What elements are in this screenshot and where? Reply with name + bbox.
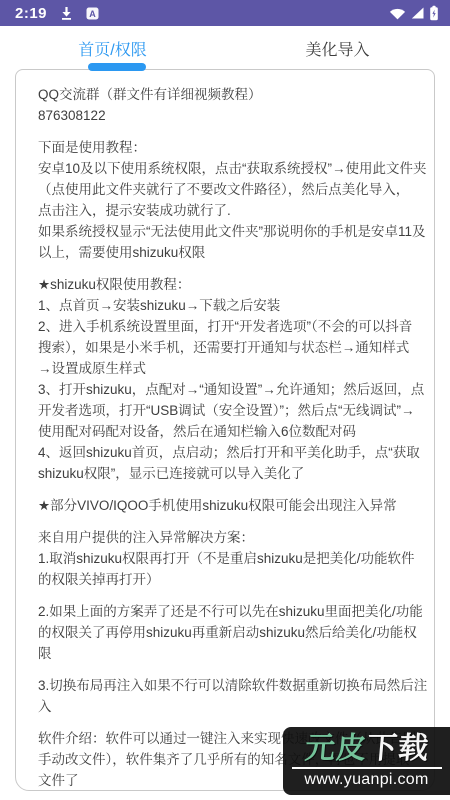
battery-charging-icon <box>429 5 439 21</box>
watermark-divider <box>292 767 442 769</box>
status-bar: 2:19 A <box>0 0 450 26</box>
watermark-url: www.yuanpi.com <box>304 771 428 789</box>
watermark-brand: 元皮下载 <box>303 733 430 765</box>
paragraph: ★部分VIVO/IQOO手机使用shizuku权限可能会出现注入异常 <box>38 495 413 516</box>
paragraph: QQ交流群（群文件有详细视频教程） 876308122 <box>38 84 413 126</box>
watermark: 元皮下载 www.yuanpi.com <box>283 727 450 795</box>
wifi-icon <box>389 7 406 20</box>
paragraph: 来自用户提供的注入异常解决方案： 1.取消shizuku权限再打开（不是重启sh… <box>38 527 413 590</box>
clock: 2:19 <box>15 5 47 22</box>
letter-a-badge-icon: A <box>86 7 99 20</box>
active-tab-indicator <box>88 63 146 71</box>
tab-beautify-import[interactable]: 美化导入 <box>225 26 450 70</box>
paragraph: 3.切换布局再注入如果不行可以清除软件数据重新切换布局然后注 入 <box>38 675 413 717</box>
tutorial-scroll-area[interactable]: QQ交流群（群文件有详细视频教程） 876308122下面是使用教程： 安卓10… <box>15 69 435 791</box>
download-icon <box>60 6 73 21</box>
paragraph: 2.如果上面的方案弄了还是不行可以先在shizuku里面把美化/功能 的权限关了… <box>38 601 413 664</box>
paragraph: 下面是使用教程： 安卓10及以下使用系统权限，点击“获取系统授权”→使用此文件夹… <box>38 137 413 263</box>
cellular-signal-icon <box>411 7 424 19</box>
paragraph: ★shizuku权限使用教程： 1、点首页→安装shizuku→下载之后安装 2… <box>38 274 413 484</box>
watermark-brand-white: 下载 <box>365 732 430 765</box>
tab-bar: 首页/权限 美化导入 <box>0 26 450 70</box>
app-screen: 2:19 A <box>0 0 450 800</box>
letter-a: A <box>89 8 96 18</box>
tutorial-text: QQ交流群（群文件有详细视频教程） 876308122下面是使用教程： 安卓10… <box>38 84 413 791</box>
watermark-brand-green: 元皮 <box>303 732 368 765</box>
